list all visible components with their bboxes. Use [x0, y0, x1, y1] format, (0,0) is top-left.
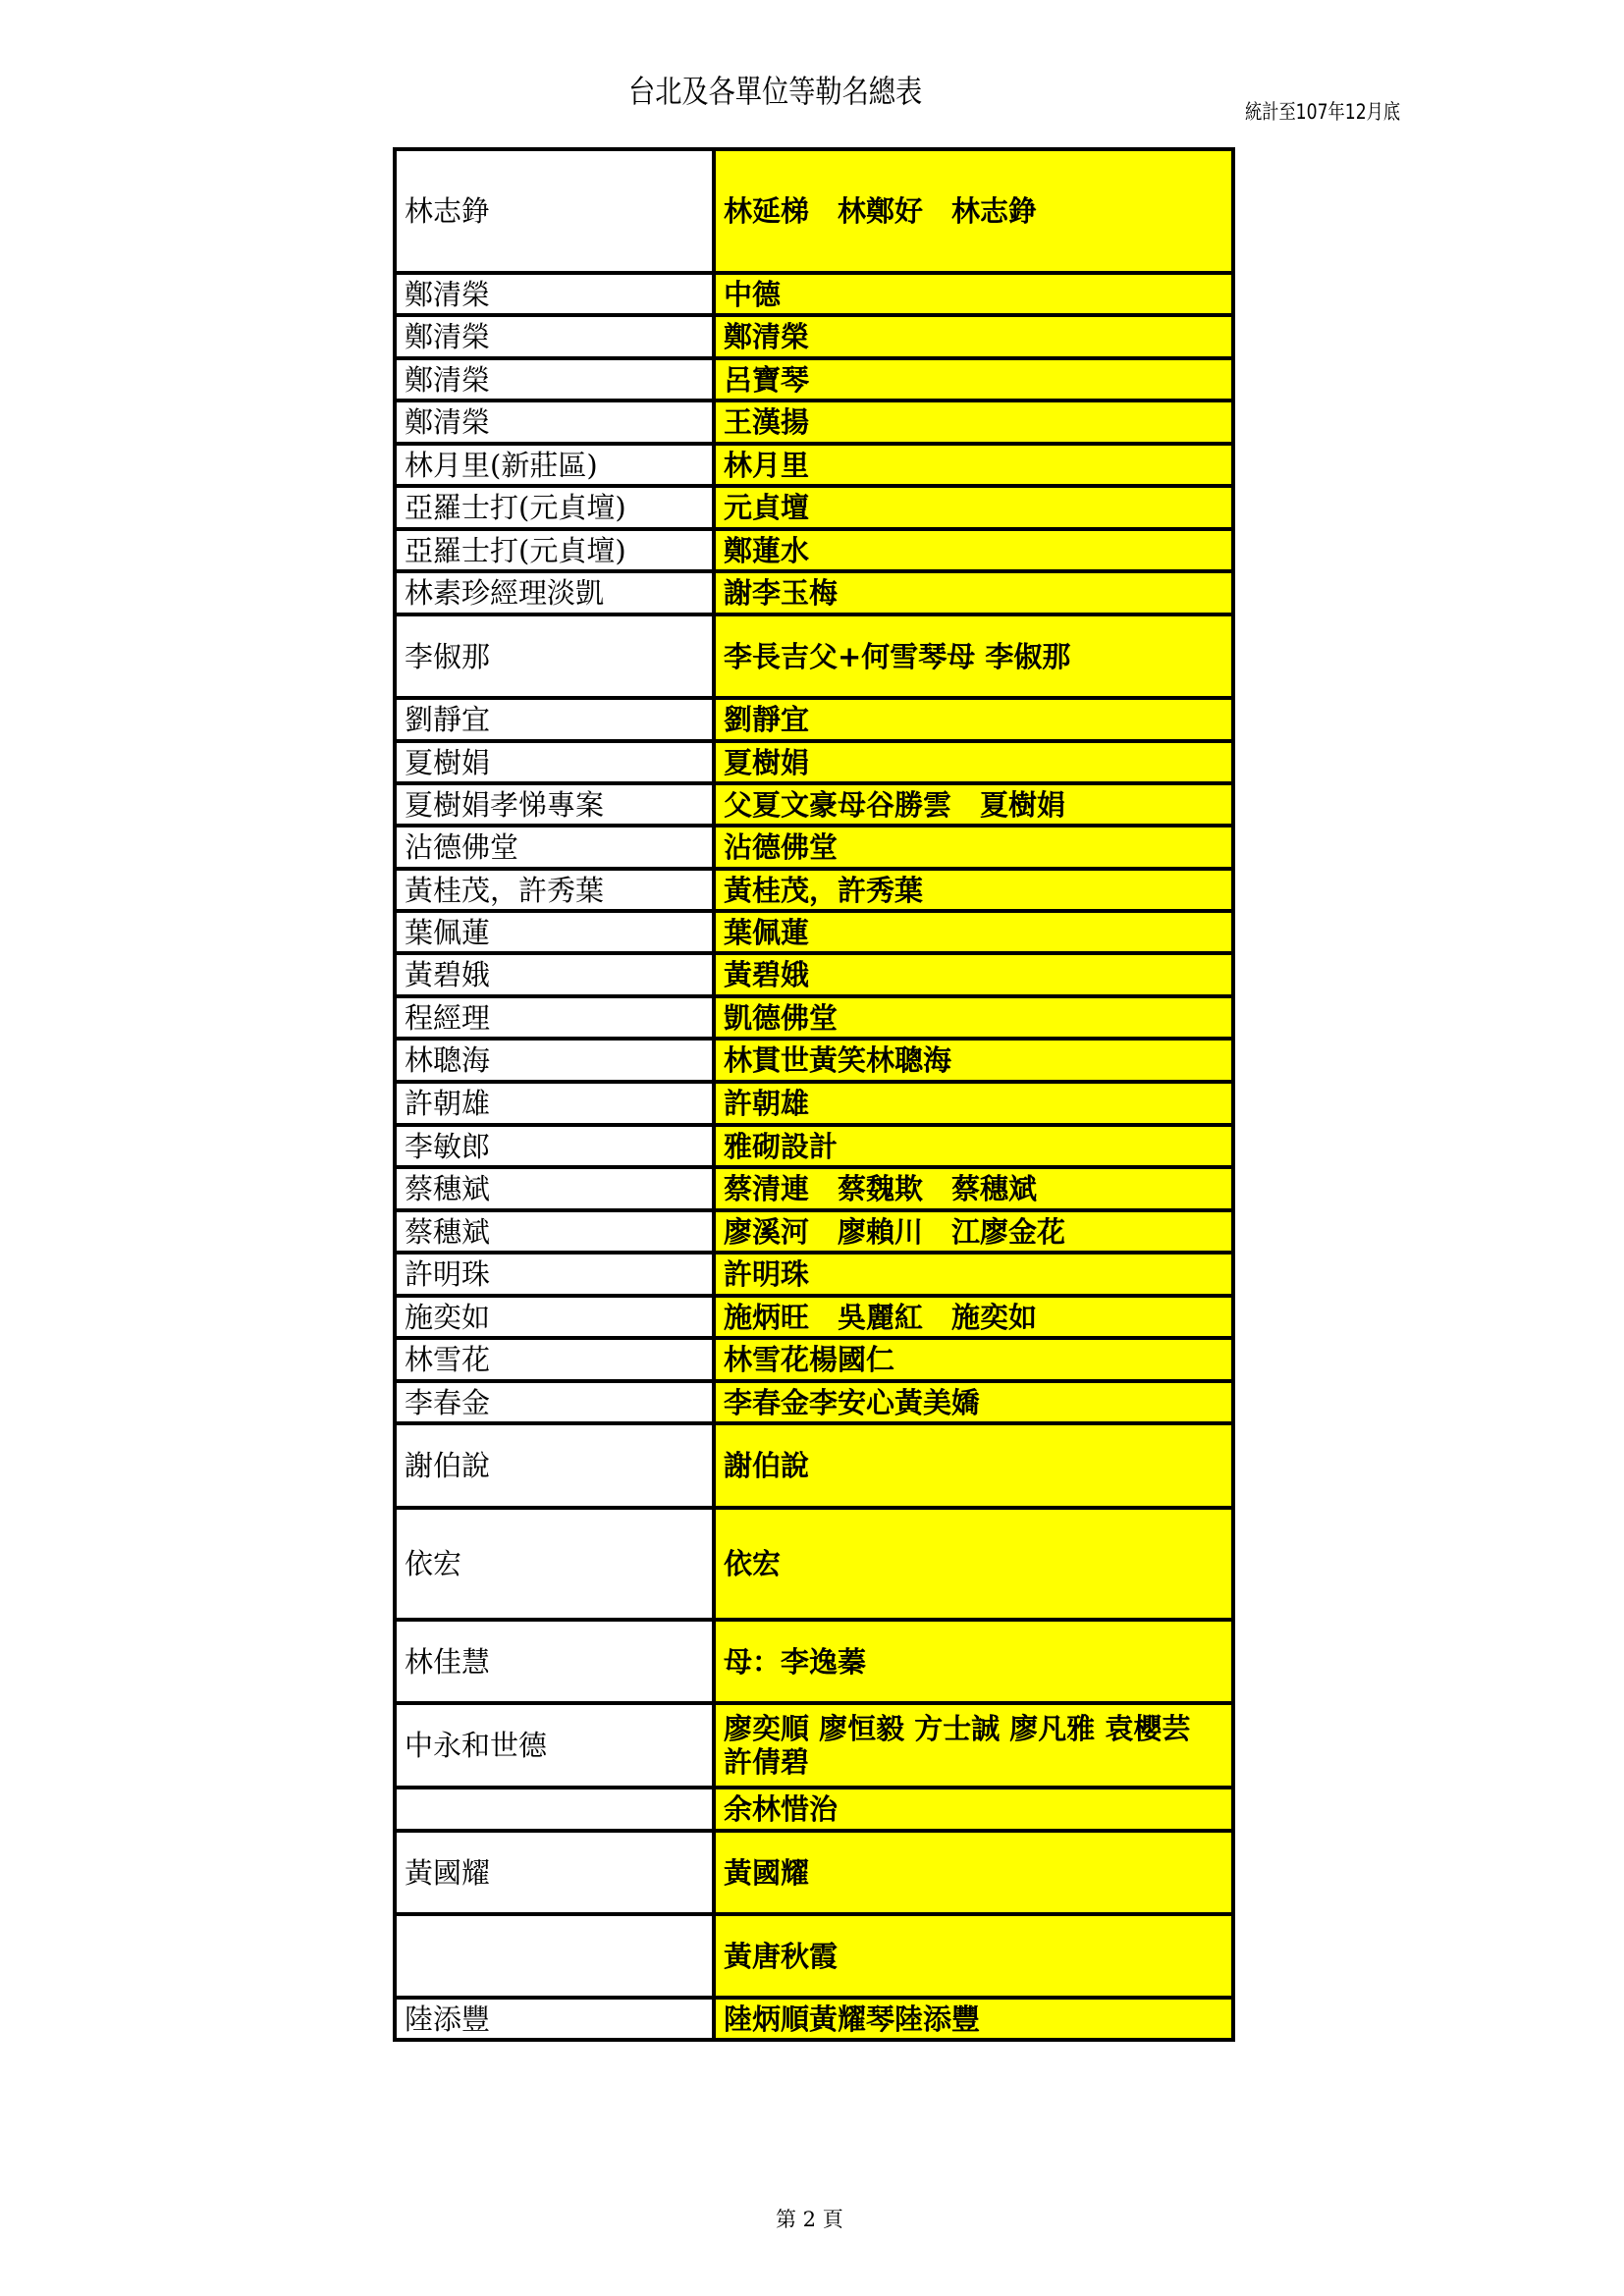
- names-cell: 沾德佛堂: [714, 826, 1233, 869]
- document-title: 台北及各單位等勒名總表: [628, 67, 922, 112]
- unit-cell: 黃碧娥: [395, 953, 714, 996]
- names-cell: 黃國耀: [714, 1831, 1233, 1914]
- table-row: 許明珠許明珠: [395, 1253, 1233, 1296]
- page-number: 第 2 頁: [776, 2204, 843, 2233]
- table-row: 葉佩蓮葉佩蓮: [395, 911, 1233, 953]
- unit-cell: 鄭清榮: [395, 358, 714, 400]
- unit-cell: 葉佩蓮: [395, 911, 714, 953]
- table-row: 黃碧娥黃碧娥: [395, 953, 1233, 996]
- names-cell: 凱德佛堂: [714, 996, 1233, 1039]
- table-row: 黃唐秋霞: [395, 1914, 1233, 1998]
- unit-cell: 亞羅士打(元貞壇): [395, 486, 714, 529]
- unit-cell: 林雪花: [395, 1338, 714, 1381]
- names-cell: 元貞壇: [714, 486, 1233, 529]
- table-row: 夏樹娟夏樹娟: [395, 741, 1233, 783]
- table-row: 程經理凱德佛堂: [395, 996, 1233, 1039]
- names-cell: 葉佩蓮: [714, 911, 1233, 953]
- unit-cell: 劉靜宜: [395, 698, 714, 741]
- table-row: 許朝雄許朝雄: [395, 1082, 1233, 1125]
- table-row: 鄭清榮鄭清榮: [395, 315, 1233, 358]
- table-row: 余林惜治: [395, 1788, 1233, 1831]
- names-cell: 黃唐秋霞: [714, 1914, 1233, 1998]
- names-cell: 陸炳順黃耀琴陸添豐: [714, 1998, 1233, 2040]
- table-row: 鄭清榮中德: [395, 273, 1233, 315]
- names-cell: 謝李玉梅: [714, 571, 1233, 614]
- table-row: 林佳慧母：李逸蓁: [395, 1620, 1233, 1703]
- table-row: 鄭清榮呂寶琴: [395, 358, 1233, 400]
- unit-cell: 李俶那: [395, 614, 714, 698]
- unit-cell: 李春金: [395, 1381, 714, 1423]
- unit-cell: 謝伯說: [395, 1423, 714, 1508]
- names-cell: 呂寶琴: [714, 358, 1233, 400]
- unit-cell: 夏樹娟孝悌專案: [395, 783, 714, 826]
- table-row: 黃國耀黃國耀: [395, 1831, 1233, 1914]
- unit-cell: 林聰海: [395, 1039, 714, 1082]
- table-row: 謝伯說謝伯說: [395, 1423, 1233, 1508]
- names-cell: 母：李逸蓁: [714, 1620, 1233, 1703]
- unit-cell: 林佳慧: [395, 1620, 714, 1703]
- table-row: 林聰海林貫世黃笑林聰海: [395, 1039, 1233, 1082]
- names-cell: 林月里: [714, 444, 1233, 486]
- unit-cell: 蔡穗斌: [395, 1210, 714, 1253]
- table-row: 施奕如施炳旺 吳麗紅 施奕如: [395, 1296, 1233, 1338]
- names-cell: 謝伯說: [714, 1423, 1233, 1508]
- table-row: 蔡穗斌蔡清連 蔡魏欺 蔡穗斌: [395, 1167, 1233, 1210]
- unit-cell: 亞羅士打(元貞壇): [395, 529, 714, 571]
- table-row: 陸添豐陸炳順黃耀琴陸添豐: [395, 1998, 1233, 2040]
- names-cell: 夏樹娟: [714, 741, 1233, 783]
- names-cell: 施炳旺 吳麗紅 施奕如: [714, 1296, 1233, 1338]
- names-cell: 林雪花楊國仁: [714, 1338, 1233, 1381]
- table-row: 鄭清榮王漢揚: [395, 400, 1233, 444]
- names-cell: 父夏文豪母谷勝雲 夏樹娟: [714, 783, 1233, 826]
- names-cell: 依宏: [714, 1508, 1233, 1620]
- table-row: 林素珍經理淡凱謝李玉梅: [395, 571, 1233, 614]
- table-row: 夏樹娟孝悌專案父夏文豪母谷勝雲 夏樹娟: [395, 783, 1233, 826]
- unit-cell: 黃國耀: [395, 1831, 714, 1914]
- names-cell: 許朝雄: [714, 1082, 1233, 1125]
- table-row: 蔡穗斌廖溪河 廖賴川 江廖金花: [395, 1210, 1233, 1253]
- names-cell: 鄭蓮水: [714, 529, 1233, 571]
- unit-cell: 林素珍經理淡凱: [395, 571, 714, 614]
- names-cell: 廖溪河 廖賴川 江廖金花: [714, 1210, 1233, 1253]
- table-row: 林雪花林雪花楊國仁: [395, 1338, 1233, 1381]
- unit-cell: 鄭清榮: [395, 400, 714, 444]
- table-row: 劉靜宜劉靜宜: [395, 698, 1233, 741]
- unit-cell: 鄭清榮: [395, 315, 714, 358]
- unit-cell: 沾德佛堂: [395, 826, 714, 869]
- table-row: 亞羅士打(元貞壇)鄭蓮水: [395, 529, 1233, 571]
- table-row: 李春金李春金李安心黃美嬌: [395, 1381, 1233, 1423]
- unit-cell: 依宏: [395, 1508, 714, 1620]
- names-cell: 黃碧娥: [714, 953, 1233, 996]
- table-row: 李俶那李長吉父+何雪琴母 李俶那: [395, 614, 1233, 698]
- names-cell: 中德: [714, 273, 1233, 315]
- table-row: 林志錚林延梯 林鄭好 林志錚: [395, 149, 1233, 273]
- names-cell: 鄭清榮: [714, 315, 1233, 358]
- names-cell: 劉靜宜: [714, 698, 1233, 741]
- table-row: 黃桂茂，許秀葉黃桂茂，許秀葉: [395, 869, 1233, 911]
- statistics-date-note: 統計至107年12月底: [1245, 96, 1400, 126]
- unit-cell: [395, 1788, 714, 1831]
- unit-cell: 陸添豐: [395, 1998, 714, 2040]
- names-cell: 許明珠: [714, 1253, 1233, 1296]
- names-cell: 廖奕順 廖恒毅 方士誠 廖凡雅 袁櫻芸 許倩碧: [714, 1703, 1233, 1788]
- unit-cell: 蔡穗斌: [395, 1167, 714, 1210]
- unit-cell: 黃桂茂，許秀葉: [395, 869, 714, 911]
- unit-cell: 夏樹娟: [395, 741, 714, 783]
- names-cell: 王漢揚: [714, 400, 1233, 444]
- table-row: 沾德佛堂沾德佛堂: [395, 826, 1233, 869]
- names-cell: 蔡清連 蔡魏欺 蔡穗斌: [714, 1167, 1233, 1210]
- names-cell: 余林惜治: [714, 1788, 1233, 1831]
- unit-cell: 李敏郎: [395, 1125, 714, 1167]
- donor-list-table: 林志錚林延梯 林鄭好 林志錚鄭清榮中德鄭清榮鄭清榮鄭清榮呂寶琴鄭清榮王漢揚林月里…: [393, 147, 1235, 2042]
- names-cell: 黃桂茂，許秀葉: [714, 869, 1233, 911]
- unit-cell: [395, 1914, 714, 1998]
- table-row: 亞羅士打(元貞壇)元貞壇: [395, 486, 1233, 529]
- table-row: 依宏依宏: [395, 1508, 1233, 1620]
- names-cell: 李春金李安心黃美嬌: [714, 1381, 1233, 1423]
- unit-cell: 林月里(新莊區): [395, 444, 714, 486]
- names-cell: 李長吉父+何雪琴母 李俶那: [714, 614, 1233, 698]
- table-row: 李敏郎雅砌設計: [395, 1125, 1233, 1167]
- unit-cell: 施奕如: [395, 1296, 714, 1338]
- unit-cell: 中永和世德: [395, 1703, 714, 1788]
- unit-cell: 許朝雄: [395, 1082, 714, 1125]
- unit-cell: 許明珠: [395, 1253, 714, 1296]
- names-cell: 林延梯 林鄭好 林志錚: [714, 149, 1233, 273]
- unit-cell: 林志錚: [395, 149, 714, 273]
- table-row: 中永和世德廖奕順 廖恒毅 方士誠 廖凡雅 袁櫻芸 許倩碧: [395, 1703, 1233, 1788]
- unit-cell: 程經理: [395, 996, 714, 1039]
- names-cell: 林貫世黃笑林聰海: [714, 1039, 1233, 1082]
- unit-cell: 鄭清榮: [395, 273, 714, 315]
- table-row: 林月里(新莊區)林月里: [395, 444, 1233, 486]
- names-cell: 雅砌設計: [714, 1125, 1233, 1167]
